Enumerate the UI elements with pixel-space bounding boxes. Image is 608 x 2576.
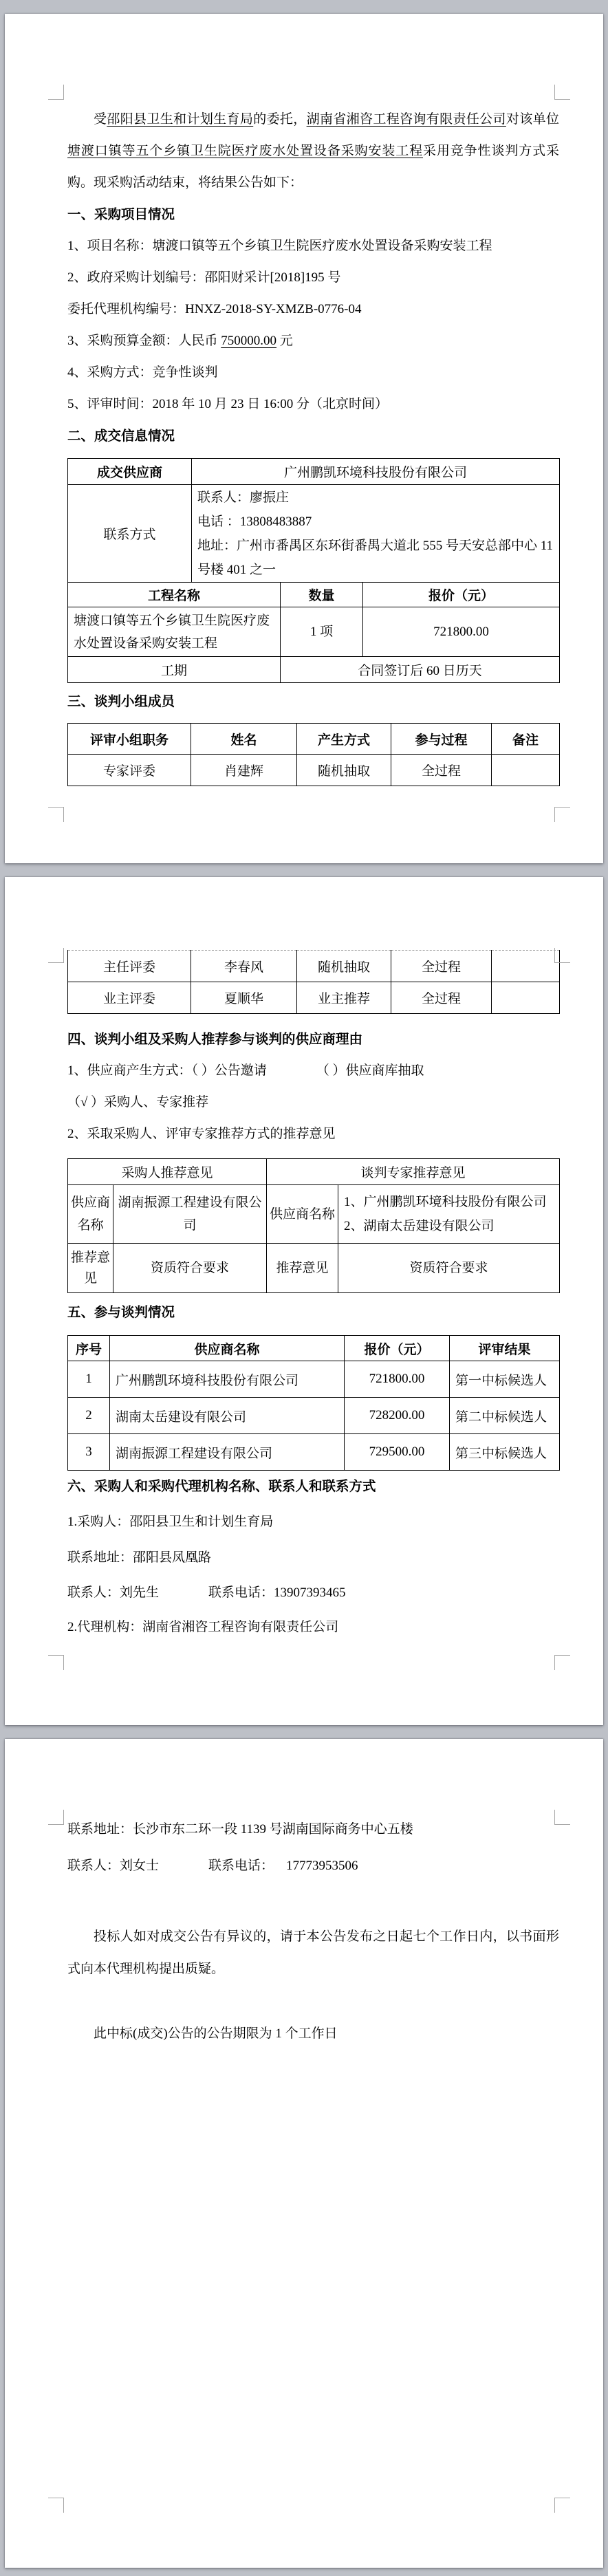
panel-role-header: 评审小组职务 (68, 724, 191, 755)
review-time-line: 5、评审时间：2018 年 10 月 23 日 16:00 分（北京时间） (67, 389, 559, 420)
section-5-heading: 五、参与谈判情况 (67, 1297, 559, 1328)
supplier-name-label: 供应商名称 (267, 1185, 338, 1244)
price: 729500.00 (345, 1434, 450, 1471)
supplier: 湖南振源工程建设有限公司 (110, 1434, 345, 1471)
panel-role: 业主评委 (68, 982, 191, 1014)
supplier-source-line: 1、供应商产生方式：（ ）公告邀请（ ）供应商库抽取 (67, 1055, 559, 1087)
intro-paragraph: 受邵阳县卫生和计划生育局的委托，湖南省湘咨工程咨询有限责任公司对该单位塘渡口镇等… (67, 104, 559, 199)
document-page-1: 受邵阳县卫生和计划生育局的委托，湖南省湘咨工程咨询有限责任公司对该单位塘渡口镇等… (5, 14, 603, 863)
contact-details: 联系人：廖振庄 电话 ：13808483887 地址：广州市番禺区东环街番禺大道… (192, 485, 560, 583)
panel-method: 随机抽取 (297, 755, 391, 786)
budget-amount-underlined: 750000.00 (221, 334, 276, 348)
table-row: 2 湖南太岳建设有限公司 728200.00 第二中标候选人 (68, 1398, 560, 1434)
panel-note-header: 备注 (492, 724, 560, 755)
panel-name-header: 姓名 (191, 724, 297, 755)
price-header: 报价（元） (363, 583, 560, 607)
panel-role: 主任评委 (68, 951, 191, 982)
agency-name-underlined: 湖南省湘咨工程咨询有限责任公司 (307, 112, 506, 127)
crop-mark-top-left (48, 85, 64, 100)
crop-mark-top-right (554, 85, 570, 100)
section-6-heading: 六、采购人和采购代理机构名称、联系人和联系方式 (67, 1471, 559, 1502)
option-announcement: （ ）公告邀请 (192, 1063, 267, 1078)
contact-address: 地址：广州市番禺区东环街番禺大道北 555 号天安总部中心 11 号楼 401 … (197, 534, 556, 582)
panel-note (492, 755, 560, 786)
table-row: 专家评委 肖建辉 随机抽取 全过程 (68, 755, 560, 786)
method-line: 4、采购方式：竞争性谈判 (67, 357, 559, 389)
supplier-name-label: 供应商名称 (68, 1185, 113, 1244)
bidders-table: 序号 供应商名称 报价（元） 评审结果 1 广州鹏凯环境科技股份有限公司 721… (67, 1335, 560, 1471)
document-page-3: 联系地址：长沙市东二环一段 1139 号湖南国际商务中心五楼 联系人：刘女士联系… (5, 1739, 603, 2568)
crop-mark-top-left (48, 948, 64, 963)
document-page-2: 主任评委 李春风 随机抽取 全过程 业主评委 夏顺华 业主推荐 全过程 四、谈判… (5, 877, 603, 1725)
duration-label: 工期 (68, 657, 281, 683)
crop-mark-bottom-right (554, 807, 570, 822)
section-4-heading: 四、谈判小组及采购人推荐参与谈判的供应商理由 (67, 1024, 559, 1055)
panel-method-header: 产生方式 (297, 724, 391, 755)
duration-value: 合同签订后 60 日历天 (281, 657, 560, 683)
panel-process-header: 参与过程 (391, 724, 492, 755)
quantity-header: 数量 (281, 583, 363, 607)
agency-number-line: 委托代理机构编号：HNXZ-2018-SY-XMZB-0776-04 (67, 294, 559, 325)
table-row: 1 广州鹏凯环境科技股份有限公司 721800.00 第一中标候选人 (68, 1361, 560, 1398)
agency-contact-line: 联系人：刘女士联系电话：17773953506 (67, 1850, 559, 1882)
document-viewer: { "doc_bg": "#bdc0c7", "p1": { "para1": … (0, 0, 608, 2576)
table-row: 主任评委 李春风 随机抽取 全过程 (68, 951, 560, 982)
table-row: 3 湖南振源工程建设有限公司 729500.00 第三中标候选人 (68, 1434, 560, 1471)
panel-method: 业主推荐 (297, 982, 391, 1014)
panel-note (492, 951, 560, 982)
section-2-heading: 二、成交信息情况 (67, 420, 559, 452)
contact-person: 联系人：廖振庄 (197, 486, 556, 510)
purchaser-recommended-supplier: 湖南振源工程建设有限公司 (113, 1185, 267, 1244)
price: 728200.00 (345, 1398, 450, 1434)
recommend-opinion-label: 推荐意见 (68, 1244, 113, 1293)
panel-table-continued: 主任评委 李春风 随机抽取 全过程 业主评委 夏顺华 业主推荐 全过程 (67, 950, 560, 1014)
contact-phone: 电话 ：13808483887 (197, 510, 556, 534)
supplier: 湖南太岳建设有限公司 (110, 1398, 345, 1434)
crop-mark-top-right (554, 1810, 570, 1825)
seq: 1 (68, 1361, 110, 1398)
panel-note (492, 982, 560, 1014)
section-3-heading: 三、谈判小组成员 (67, 686, 559, 717)
panel-name: 李春风 (191, 951, 297, 982)
crop-mark-bottom-right (554, 1655, 570, 1670)
crop-mark-bottom-left (48, 2498, 64, 2513)
panel-process: 全过程 (391, 982, 492, 1014)
seq: 3 (68, 1434, 110, 1471)
option-pool-draw: （ ）供应商库抽取 (316, 1063, 424, 1078)
option-recommend-checked: （√ ）采购人、专家推荐 (67, 1087, 559, 1118)
result: 第二中标候选人 (450, 1398, 560, 1434)
work-name-value: 塘渡口镇等五个乡镇卫生院医疗废水处置设备采购安装工程 (68, 607, 281, 657)
award-info-table: 成交供应商 广州鹏凯环境科技股份有限公司 联系方式 联系人：廖振庄 电话 ：13… (67, 458, 560, 683)
expert-recommend-header: 谈判专家推荐意见 (267, 1159, 560, 1185)
price-header: 报价（元） (345, 1336, 450, 1361)
purchaser-name-underlined: 邵阳县卫生和计划生育局 (107, 112, 253, 127)
budget-line: 3、采购预算金额：人民币 750000.00 元 (67, 325, 559, 357)
price-value: 721800.00 (363, 607, 560, 657)
panel-role: 专家评委 (68, 755, 191, 786)
expert-opinion: 资质符合要求 (338, 1244, 560, 1293)
quantity-value: 1 项 (281, 607, 363, 657)
crop-mark-bottom-left (48, 1655, 64, 1670)
recommendation-table: 采购人推荐意见 谈判专家推荐意见 供应商名称 湖南振源工程建设有限公司 供应商名… (67, 1158, 560, 1293)
plan-number-line: 2、政府采购计划编号：邵阳财采计[2018]195 号 (67, 262, 559, 294)
crop-mark-top-right (554, 948, 570, 963)
panel-process: 全过程 (391, 755, 492, 786)
recommend-opinion-line: 2、采取采购人、评审专家推荐方式的推荐意见 (67, 1118, 559, 1150)
purchaser-address-line: 联系地址：邵阳县凤凰路 (67, 1542, 559, 1574)
announcement-period-line: 此中标(成交)公告的公告期限为 1 个工作日 (67, 2018, 559, 2050)
result: 第一中标候选人 (450, 1361, 560, 1398)
purchaser-recommend-header: 采购人推荐意见 (68, 1159, 267, 1185)
agency-address-line: 联系地址：长沙市东二环一段 1139 号湖南国际商务中心五楼 (67, 1814, 559, 1846)
recommend-opinion-label: 推荐意见 (267, 1244, 338, 1293)
purchaser-contact-line: 联系人：刘先生联系电话：13907393465 (67, 1577, 559, 1609)
panel-method: 随机抽取 (297, 951, 391, 982)
supplier: 广州鹏凯环境科技股份有限公司 (110, 1361, 345, 1398)
purchaser-line: 1.采购人：邵阳县卫生和计划生育局 (67, 1506, 559, 1538)
project-name-underlined: 塘渡口镇等五个乡镇卫生院医疗废水处置设备采购安装工程 (67, 144, 423, 158)
crop-mark-bottom-left (48, 807, 64, 822)
seq: 2 (68, 1398, 110, 1434)
crop-mark-top-left (48, 1810, 64, 1825)
contact-label: 联系方式 (68, 485, 192, 583)
panel-process: 全过程 (391, 951, 492, 982)
table-row: 业主评委 夏顺华 业主推荐 全过程 (68, 982, 560, 1014)
agency-line: 2.代理机构：湖南省湘咨工程咨询有限责任公司 (67, 1612, 559, 1643)
panel-name: 肖建辉 (191, 755, 297, 786)
section-1-heading: 一、采购项目情况 (67, 199, 559, 230)
work-name-header: 工程名称 (68, 583, 281, 607)
crop-mark-bottom-right (554, 2498, 570, 2513)
award-supplier-value: 广州鹏凯环境科技股份有限公司 (192, 459, 560, 485)
result-header: 评审结果 (450, 1336, 560, 1361)
panel-name: 夏顺华 (191, 982, 297, 1014)
seq-header: 序号 (68, 1336, 110, 1361)
project-name-line: 1、项目名称：塘渡口镇等五个乡镇卫生院医疗废水处置设备采购安装工程 (67, 230, 559, 262)
purchaser-opinion: 资质符合要求 (113, 1244, 267, 1293)
objection-paragraph: 投标人如对成交公告有异议的，请于本公告发布之日起七个工作日内，以书面形式向本代理… (67, 1920, 559, 1985)
supplier-header: 供应商名称 (110, 1336, 345, 1361)
panel-table: 评审小组职务 姓名 产生方式 参与过程 备注 专家评委 肖建辉 随机抽取 全过程 (67, 723, 560, 786)
expert-recommended-suppliers: 1、广州鹏凯环境科技股份有限公司 2、湖南太岳建设有限公司 (338, 1185, 560, 1244)
price: 721800.00 (345, 1361, 450, 1398)
result: 第三中标候选人 (450, 1434, 560, 1471)
award-supplier-label: 成交供应商 (68, 459, 192, 485)
